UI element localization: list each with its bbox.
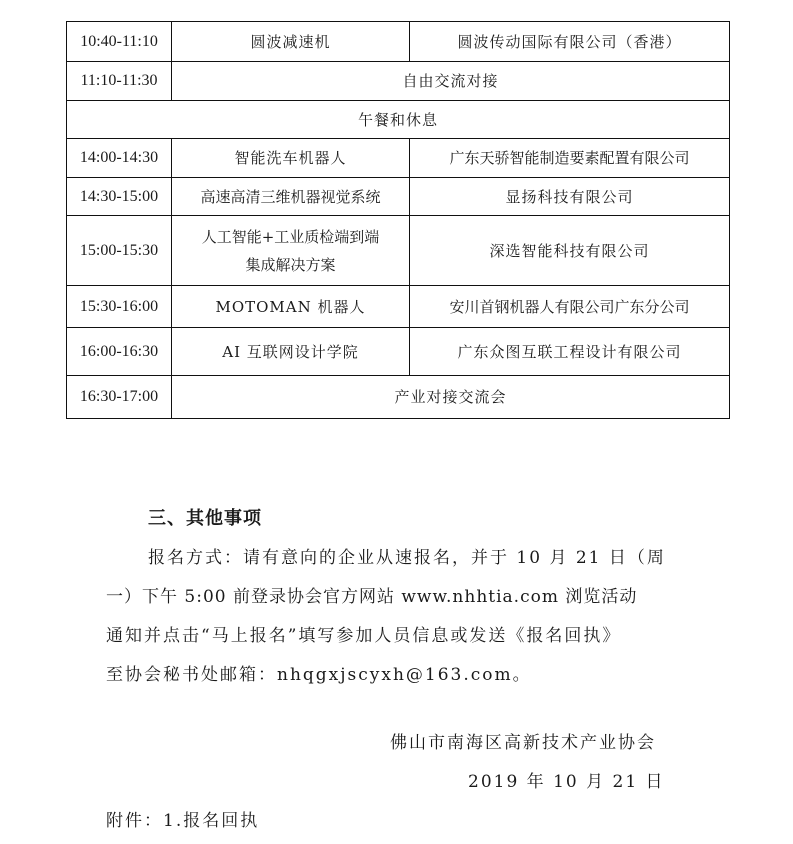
merged-cell: 产业对接交流会	[172, 376, 730, 419]
topic-cell: 高速高清三维机器视觉系统	[172, 178, 410, 216]
topic-cell: 智能洗车机器人	[172, 139, 410, 178]
table-row: 15:30-16:00 MOTOMAN 机器人 安川首钢机器人有限公司广东分公司	[67, 286, 730, 328]
time-cell: 15:00-15:30	[67, 216, 172, 286]
company-cell: 显扬科技有限公司	[410, 178, 730, 216]
time-cell: 16:00-16:30	[67, 328, 172, 376]
company-cell: 深选智能科技有限公司	[410, 216, 730, 286]
topic-line: 集成解决方案	[174, 251, 407, 279]
company-cell: 安川首钢机器人有限公司广东分公司	[410, 286, 730, 328]
topic-line: 人工智能+工业质检端到端	[174, 223, 407, 251]
paragraph-line: 至协会秘书处邮箱：nhqgxjscyxh@163.com。	[106, 660, 532, 685]
company-cell: 广东众图互联工程设计有限公司	[410, 328, 730, 376]
paragraph-line: 一）下午 5:00 前登录协会官方网站 www.nhhtia.com 浏览活动	[106, 582, 637, 607]
time-cell: 15:30-16:00	[67, 286, 172, 328]
time-cell: 14:00-14:30	[67, 139, 172, 178]
break-cell: 午餐和休息	[67, 101, 730, 139]
time-cell: 10:40-11:10	[67, 22, 172, 62]
time-cell: 14:30-15:00	[67, 178, 172, 216]
paragraph-line: 通知并点击“马上报名”填写参加人员信息或发送《报名回执》	[106, 621, 621, 646]
company-cell: 广东天骄智能制造要素配置有限公司	[410, 139, 730, 178]
topic-cell: 圆波减速机	[172, 22, 410, 62]
table-row: 16:00-16:30 AI 互联网设计学院 广东众图互联工程设计有限公司	[67, 328, 730, 376]
topic-cell: MOTOMAN 机器人	[172, 286, 410, 328]
attachment-note: 附件：1.报名回执	[106, 806, 259, 831]
table-row: 14:30-15:00 高速高清三维机器视觉系统 显扬科技有限公司	[67, 178, 730, 216]
topic-cell: 人工智能+工业质检端到端 集成解决方案	[172, 216, 410, 286]
merged-cell: 自由交流对接	[172, 62, 730, 101]
time-cell: 16:30-17:00	[67, 376, 172, 419]
paragraph-line: 报名方式：请有意向的企业从速报名，并于 10 月 21 日（周	[148, 543, 666, 568]
section-heading: 三、其他事项	[148, 504, 262, 530]
signature-date: 2019 年 10 月 21 日	[468, 767, 665, 792]
table-row: 午餐和休息	[67, 101, 730, 139]
table-row: 14:00-14:30 智能洗车机器人 广东天骄智能制造要素配置有限公司	[67, 139, 730, 178]
company-cell: 圆波传动国际有限公司（香港）	[410, 22, 730, 62]
topic-cell: AI 互联网设计学院	[172, 328, 410, 376]
table-row: 16:30-17:00 产业对接交流会	[67, 376, 730, 419]
table-row: 15:00-15:30 人工智能+工业质检端到端 集成解决方案 深选智能科技有限…	[67, 216, 730, 286]
table-row: 11:10-11:30 自由交流对接	[67, 62, 730, 101]
time-cell: 11:10-11:30	[67, 62, 172, 101]
schedule-table: 10:40-11:10 圆波减速机 圆波传动国际有限公司（香港） 11:10-1…	[66, 21, 730, 419]
table-row: 10:40-11:10 圆波减速机 圆波传动国际有限公司（香港）	[67, 22, 730, 62]
signature-org: 佛山市南海区高新技术产业协会	[390, 728, 656, 753]
